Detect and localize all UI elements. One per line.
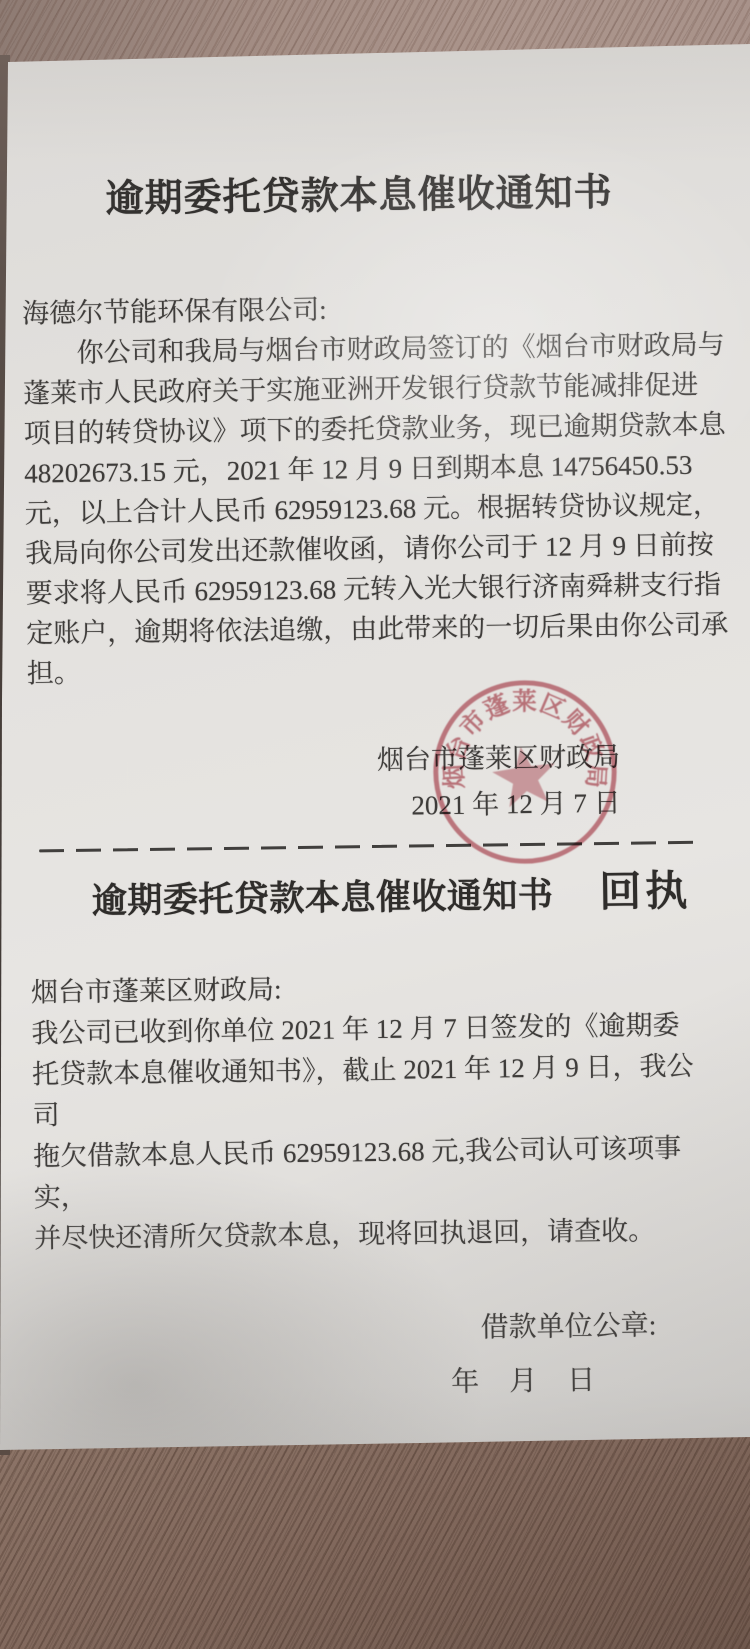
notice-body: 海德尔节能环保有限公司: 你公司和我局与烟台市财政局签订的《烟台市财政局与 蓬莱… bbox=[22, 285, 704, 694]
notice-signoff: 烟台市蓬莱区财政局 2021 年 12 月 7 日 bbox=[28, 733, 706, 834]
blank-date-gap bbox=[537, 1359, 568, 1399]
borrower-stamp-label: 借款单位公章: bbox=[35, 1303, 712, 1352]
receipt-body-line: 托贷款本息催收通知书》，截止 2021 年 12 月 9 日，我公司 bbox=[32, 1046, 710, 1137]
blank-date-year: 年 bbox=[451, 1360, 480, 1400]
blank-date-line: 年 月 日 bbox=[36, 1357, 713, 1406]
receipt-body-line: 拖欠借款本息人民币 62959123.68 元,我公司认可该项事实， bbox=[33, 1128, 711, 1219]
receipt-title: 逾期委托贷款本息催收通知书 回执 bbox=[91, 858, 707, 926]
photo-of-document: { "notice": { "title": "逾期委托贷款本息催收通知书", … bbox=[0, 0, 750, 1649]
receipt-title-suffix: 回执 bbox=[599, 858, 692, 919]
notice-signature: 烟台市蓬莱区财政局 bbox=[28, 734, 621, 788]
paper-sheet: 逾期委托贷款本息催收通知书 海德尔节能环保有限公司: 你公司和我局与烟台市财政局… bbox=[0, 0, 750, 1649]
receipt-body-line: 并尽快还清所欠贷款本息，现将回执退回，请查收。 bbox=[34, 1210, 711, 1260]
blank-date-month: 月 bbox=[509, 1359, 538, 1399]
receipt-title-main: 逾期委托贷款本息催收通知书 bbox=[91, 868, 553, 924]
notice-title: 逾期委托贷款本息催收通知书 bbox=[20, 160, 698, 224]
document-content: 逾期委托贷款本息催收通知书 海德尔节能环保有限公司: 你公司和我局与烟台市财政局… bbox=[0, 55, 750, 1406]
blank-date-gap bbox=[479, 1359, 510, 1399]
desk-wood-bottom-strip bbox=[0, 1420, 750, 1649]
blank-date-day: 日 bbox=[567, 1358, 596, 1398]
receipt-body: 烟台市蓬莱区财政局: 我公司已收到你单位 2021 年 12 月 7 日签发的《… bbox=[31, 964, 712, 1260]
section-divider-dashed-line bbox=[39, 841, 698, 853]
notice-date: 2021 年 12 月 7 日 bbox=[28, 780, 621, 834]
